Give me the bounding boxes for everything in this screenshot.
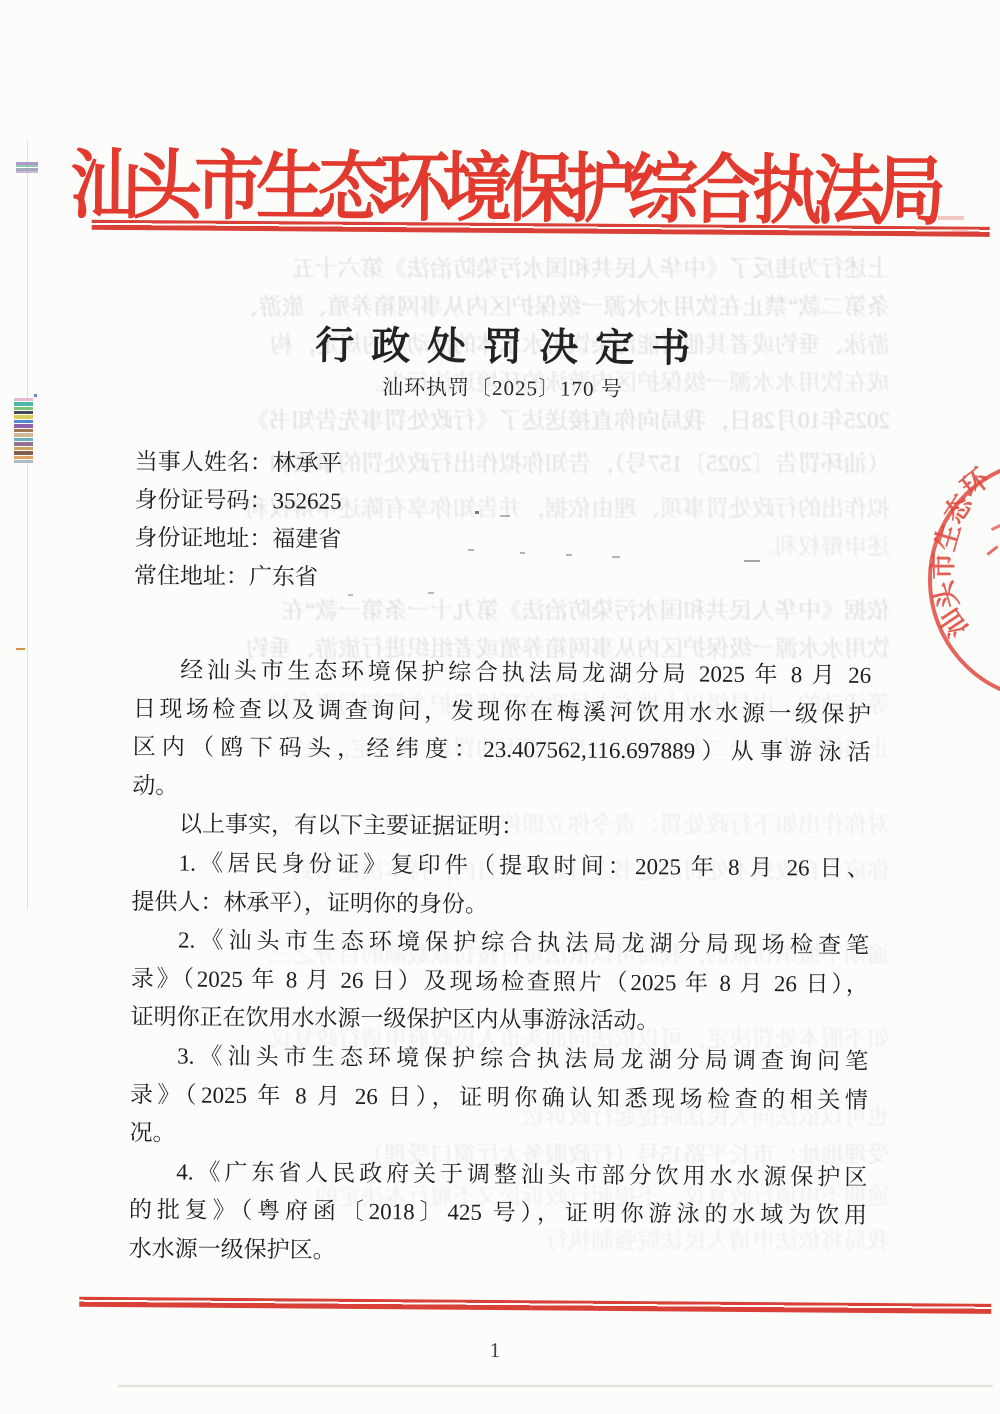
party-info-line: 身份证地址：福建省 bbox=[134, 519, 879, 563]
scan-artifact-mark bbox=[16, 165, 38, 167]
body-text-line: 以上事实，有以下主要证据证明： bbox=[132, 805, 870, 849]
party-info-line: 常住地址：广东省 bbox=[134, 557, 879, 601]
scan-artifact-mark bbox=[348, 594, 353, 596]
scan-artifact-mark bbox=[14, 407, 33, 410]
scan-artifact-mark bbox=[500, 515, 510, 517]
scan-artifact-mark bbox=[14, 424, 33, 428]
body-text-line: 经汕头市生态环境保护综合执法局龙湖分局 2025 年 8 月 26 bbox=[133, 651, 871, 695]
body-text-line: 2.《汕头市生态环境保护综合执法局龙湖分局现场检查笔 bbox=[131, 921, 869, 965]
scanned-document-page: 上述行为违反了《中华人民共和国水污染防治法》第六十五条第二款“禁止在饮用水水源一… bbox=[0, 0, 1000, 1414]
scan-artifact-mark bbox=[14, 420, 33, 423]
scan-artifact-mark bbox=[428, 592, 434, 594]
scan-artifact-mark bbox=[16, 648, 25, 650]
scan-artifact-mark bbox=[952, 229, 968, 232]
scan-artifact-mark bbox=[14, 451, 33, 455]
scan-artifact-mark bbox=[475, 511, 479, 514]
body-text-line: 3.《汕头市生态环境保护综合执法局龙湖分局调查询问笔 bbox=[130, 1037, 868, 1081]
scan-artifact-mark bbox=[612, 556, 620, 558]
body-text-line: 区内（鸥下码头，经纬度：23.407562,116.697889）从事游泳活 bbox=[132, 728, 870, 772]
page-number: 1 bbox=[0, 1334, 995, 1367]
body-text-line: 4.《广东省人民政府关于调整汕头市部分饮用水水源保护区 bbox=[129, 1153, 867, 1197]
body-text-line: 日现场检查以及调查询问，发现你在梅溪河饮用水水源一级保护 bbox=[133, 690, 871, 734]
scan-artifact-mark bbox=[14, 398, 33, 401]
scan-artifact-mark bbox=[14, 447, 33, 450]
scan-artifact-mark bbox=[14, 411, 33, 414]
scan-artifact-mark bbox=[14, 415, 33, 419]
body-text-block: 经汕头市生态环境保护综合执法局龙湖分局 2025 年 8 月 26日现场检查以及… bbox=[129, 651, 872, 1274]
body-text-line: 的批复》（粤府函〔2018〕425 号），证明你游泳的水域为饮用 bbox=[129, 1191, 867, 1235]
scan-artifact-mark bbox=[14, 456, 33, 459]
body-text-line: 录》（2025 年 8 月 26 日）及现场检查照片（2025 年 8 月 26… bbox=[131, 960, 869, 1004]
document-content: 汕头市生态环境保护综合执法局 行政处罚决定书 汕环执罚〔2025〕170 号 当… bbox=[0, 0, 1000, 1414]
body-text-line: 证明你正在饮用水水源一级保护区内从事游泳活动。 bbox=[130, 998, 868, 1042]
scan-artifact-mark bbox=[744, 560, 760, 562]
body-text-line: 动。 bbox=[132, 767, 870, 811]
scan-artifact-mark bbox=[34, 394, 37, 397]
scan-artifact-mark bbox=[14, 433, 33, 437]
document-number: 汕环执罚〔2025〕170 号 bbox=[2, 368, 1000, 406]
party-info-line: 当事人姓名：林承平 bbox=[135, 443, 880, 487]
body-text-line: 水水源一级保护区。 bbox=[129, 1230, 867, 1274]
scan-edge-line bbox=[27, 140, 28, 910]
body-text-line: 1.《居民身份证》复印件（提取时间：2025 年 8 月 26 日、 bbox=[132, 844, 870, 888]
footer-rule bbox=[79, 1297, 991, 1314]
body-text-line: 提供人：林承平），证明你的身份。 bbox=[131, 883, 869, 927]
party-info-block: 当事人姓名：林承平身份证号码：352625身份证地址：福建省常住地址：广东省 bbox=[134, 443, 880, 601]
scan-artifact-mark bbox=[520, 552, 525, 554]
scan-bottom-shadow bbox=[118, 1385, 993, 1387]
scan-artifact-mark bbox=[468, 549, 474, 551]
scan-artifact-mark bbox=[938, 216, 964, 220]
scan-artifact-mark bbox=[566, 554, 572, 556]
scan-artifact-mark bbox=[14, 402, 33, 406]
body-text-line: 况。 bbox=[129, 1114, 867, 1158]
body-text-line: 录》（2025 年 8 月 26 日），证明你确认知悉现场检查的相关情 bbox=[130, 1076, 868, 1120]
scan-artifact-mark bbox=[16, 171, 38, 173]
scan-artifact-mark bbox=[14, 460, 33, 463]
document-title: 行政处罚决定书 bbox=[3, 312, 1000, 376]
party-info-line: 身份证号码：352625 bbox=[134, 481, 879, 525]
scan-artifact-mark bbox=[14, 429, 33, 432]
scan-artifact-mark bbox=[14, 442, 33, 446]
scan-artifact-mark bbox=[14, 438, 33, 441]
